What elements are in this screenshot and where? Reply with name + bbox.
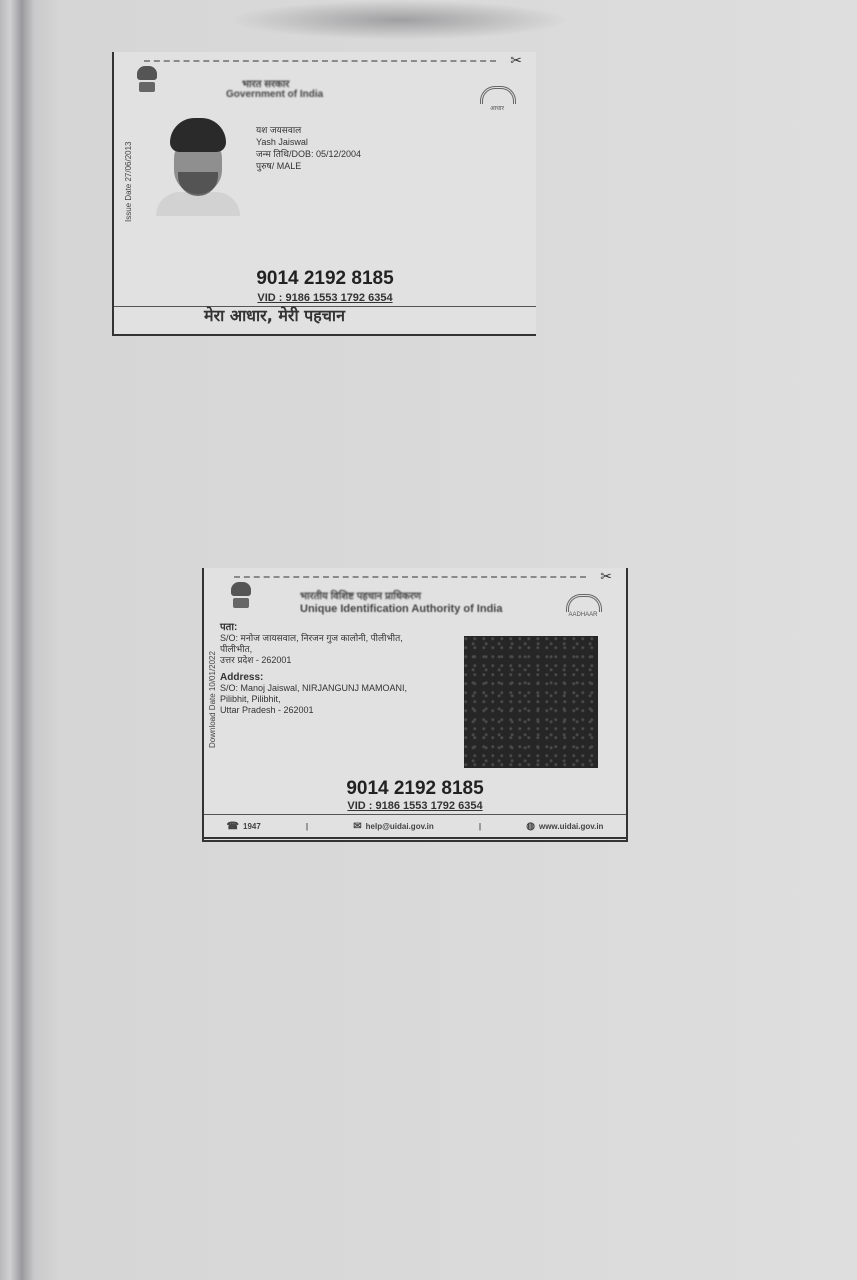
address-line1: S/O: Manoj Jaiswal, NIRJANGUNJ MAMOANI, bbox=[220, 683, 460, 694]
aadhaar-number: 9014 2192 8185 bbox=[114, 268, 536, 290]
qr-code bbox=[464, 636, 598, 768]
date-of-birth: जन्म तिथि/DOB: 05/12/2004 bbox=[256, 148, 361, 160]
separator: | bbox=[479, 822, 481, 831]
header-english: Unique Identification Authority of India bbox=[300, 603, 502, 615]
address-line2: Pilibhit, Pilibhit, bbox=[220, 694, 460, 705]
aadhaar-logo-icon: AADHAAR bbox=[566, 594, 600, 622]
address-label: Address: bbox=[220, 672, 460, 683]
header-english: Government of India bbox=[226, 89, 323, 100]
cut-line bbox=[234, 576, 586, 578]
aadhaar-card-front: ✂ भारत सरकार Government of India आधार Is… bbox=[112, 52, 536, 336]
phone-number: 1947 bbox=[243, 822, 261, 831]
holder-details: यश जयसवाल Yash Jaiswal जन्म तिथि/DOB: 05… bbox=[256, 124, 361, 172]
website-item: ◍www.uidai.gov.in bbox=[526, 821, 603, 832]
cut-line bbox=[144, 60, 496, 62]
phone-icon: ☎ bbox=[227, 821, 239, 832]
address-hindi-line2: पीलीभीत, bbox=[220, 644, 460, 655]
tagline: मेरा आधार, मेरी पहचान bbox=[204, 304, 345, 326]
logo-caption: AADHAAR bbox=[566, 612, 600, 618]
globe-icon: ◍ bbox=[526, 821, 535, 832]
holder-photo bbox=[156, 114, 236, 214]
holder-name: Yash Jaiswal bbox=[256, 136, 361, 148]
header-hindi: भारत सरकार bbox=[242, 76, 289, 90]
website-url: www.uidai.gov.in bbox=[539, 822, 603, 831]
address-block: पता: S/O: मनोज जायसवाल, निरजन गुज कालोनी… bbox=[220, 622, 460, 716]
email-address: help@uidai.gov.in bbox=[366, 822, 434, 831]
vid-number: VID : 9186 1553 1792 6354 bbox=[114, 292, 536, 304]
address-line3: Uttar Pradesh - 262001 bbox=[220, 705, 460, 716]
scissors-icon: ✂ bbox=[510, 52, 522, 69]
aadhaar-logo-icon: आधार bbox=[480, 86, 514, 114]
vid-number: VID : 9186 1553 1792 6354 bbox=[204, 800, 626, 812]
scissors-icon: ✂ bbox=[600, 568, 612, 585]
address-hindi-line1: S/O: मनोज जायसवाल, निरजन गुज कालोनी, पील… bbox=[220, 633, 460, 644]
contact-footer: ☎1947 | ✉help@uidai.gov.in | ◍www.uidai.… bbox=[204, 814, 626, 839]
download-date: Download Date 10/01/2022 bbox=[208, 651, 217, 748]
national-emblem-icon bbox=[230, 582, 252, 614]
phone-item: ☎1947 bbox=[227, 821, 261, 832]
header-hindi: भारतीय विशिष्ट पहचान प्राधिकरण bbox=[300, 588, 421, 602]
aadhaar-card-back: ✂ भारतीय विशिष्ट पहचान प्राधिकरण Unique … bbox=[202, 568, 628, 842]
national-emblem-icon bbox=[136, 66, 158, 98]
aadhaar-number: 9014 2192 8185 bbox=[204, 778, 626, 800]
issue-date: Issue Date 27/06/2013 bbox=[124, 141, 133, 222]
separator: | bbox=[306, 822, 308, 831]
logo-caption: आधार bbox=[480, 104, 514, 112]
gender: पुरुष/ MALE bbox=[256, 160, 361, 172]
photo-shadow bbox=[230, 0, 570, 40]
email-icon: ✉ bbox=[353, 821, 361, 832]
address-label-hindi: पता: bbox=[220, 622, 460, 633]
email-item: ✉help@uidai.gov.in bbox=[353, 821, 434, 832]
address-hindi-line3: उत्तर प्रदेश - 262001 bbox=[220, 655, 460, 666]
name-hindi: यश जयसवाल bbox=[256, 124, 361, 136]
